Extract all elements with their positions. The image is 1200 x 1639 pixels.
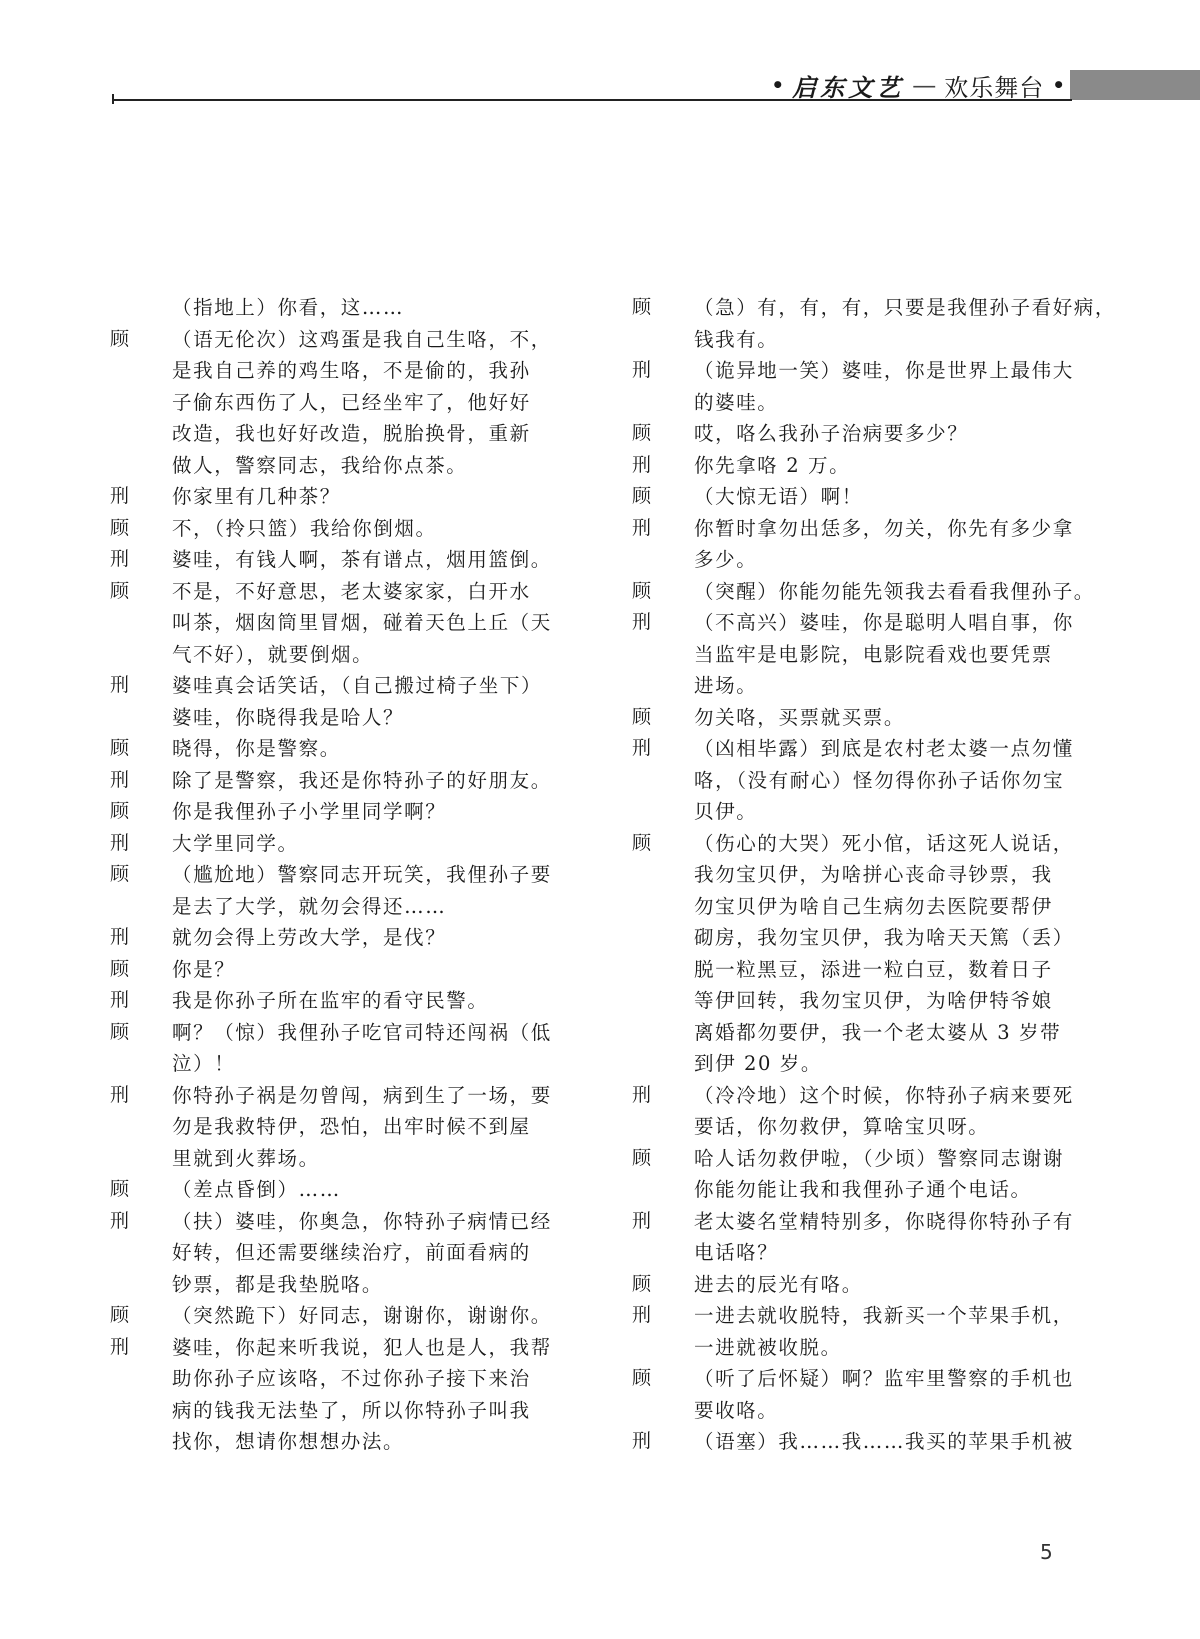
dialogue-text: （听了后怀疑）啊？监牢里警察的手机也 <box>694 1363 1074 1395</box>
dialogue-text: 婆哇，你起来听我说，犯人也是人，我帮 <box>172 1332 552 1364</box>
dialogue-text: 啊？（惊）我俚孙子吃官司特还闯祸（低 <box>172 1017 552 1049</box>
speaker-label: 刑 <box>632 1206 694 1238</box>
dialogue-entry: 顾 不是，不好意思，老太婆家家，白开水叫茶，烟囱筒里冒烟，碰着天色上丘（天气不好… <box>110 576 560 671</box>
dialogue-line: 到伊 20 岁。 <box>632 1048 1082 1080</box>
dialogue-entry: 刑婆哇真会话笑话，（自己搬过椅子坐下）婆哇，你晓得我是哈人？ <box>110 670 560 733</box>
dialogue-text: 要收咯。 <box>694 1395 778 1427</box>
dialogue-line: 刑婆哇真会话笑话，（自己搬过椅子坐下） <box>110 670 560 702</box>
speaker-label: 顾 <box>632 1269 694 1301</box>
dialogue-line: 刑（不高兴）婆哇，你是聪明人唱自事，你 <box>632 607 1082 639</box>
dialogue-text: 离婚都勿要伊，我一个老太婆从 3 岁带 <box>694 1017 1061 1049</box>
dialogue-line: 刑就勿会得上劳改大学，是伐？ <box>110 922 560 954</box>
dialogue-entry: 刑你特孙子祸是勿曾闯，病到生了一场，要勿是我救特伊，恐怕，出牢时候不到屋里就到火… <box>110 1080 560 1175</box>
speaker-label: 顾 <box>632 292 694 324</box>
dialogue-text: 助你孙子应该咯，不过你孙子接下来治 <box>172 1363 531 1395</box>
dialogue-line: 顾（伤心的大哭）死小倌，话这死人说话， <box>632 828 1082 860</box>
dialogue-line: 是去了大学，就勿会得还…… <box>110 891 560 923</box>
speaker-label: 顾 <box>632 828 694 860</box>
dialogue-line: 顾哎，咯么我孙子治病要多少？ <box>632 418 1082 450</box>
dialogue-text: 你暂时拿勿出恁多，勿关，你先有多少拿 <box>694 513 1074 545</box>
dialogue-entry: 刑除了是警察，我还是你特孙子的好朋友。 <box>110 765 560 797</box>
dialogue-entry: 刑老太婆名堂精特别多，你晓得你特孙子有电话咯？ <box>632 1206 1082 1269</box>
dialogue-line: 刑（语塞）我……我……我买的苹果手机被 <box>632 1426 1082 1458</box>
dialogue-line: 进场。 <box>632 670 1082 702</box>
dialogue-text: 除了是警察，我还是你特孙子的好朋友。 <box>172 765 552 797</box>
speaker-label: 刑 <box>110 670 172 702</box>
dialogue-text: 进去的辰光有咯。 <box>694 1269 863 1301</box>
dialogue-entry: 顾晓得，你是警察。 <box>110 733 560 765</box>
dialogue-text: （伤心的大哭）死小倌，话这死人说话， <box>694 828 1074 860</box>
dialogue-text: 大学里同学。 <box>172 828 299 860</box>
dialogue-text: 勿宝贝伊为啥自己生病勿去医院要帮伊 <box>694 891 1053 923</box>
dialogue-text: 一进去就收脱特，我新买一个苹果手机， <box>694 1300 1074 1332</box>
dialogue-text: 是去了大学，就勿会得还…… <box>172 891 446 923</box>
speaker-label: 刑 <box>110 481 172 513</box>
dialogue-line: 病的钱我无法垫了，所以你特孙子叫我 <box>110 1395 560 1427</box>
dialogue-text: 气不好），就要倒烟。 <box>172 639 373 671</box>
dialogue-text: 是我自己养的鸡生咯，不是偷的，我孙 <box>172 355 531 387</box>
speaker-label: 顾 <box>632 418 694 450</box>
dialogue-entry: 顾（语无伦次）这鸡蛋是我自己生咯，不，是我自己养的鸡生咯，不是偷的，我孙子偷东西… <box>110 324 560 482</box>
dialogue-line: 顾进去的辰光有咯。 <box>632 1269 1082 1301</box>
dialogue-line: 脱一粒黑豆，添进一粒白豆，数着日子 <box>632 954 1082 986</box>
dialogue-text: 晓得，你是警察。 <box>172 733 341 765</box>
dialogue-text: 钱我有。 <box>694 324 778 356</box>
speaker-label: 刑 <box>632 1300 694 1332</box>
dialogue-entry: 顾你是我俚孙子小学里同学啊？ <box>110 796 560 828</box>
speaker-label <box>632 1017 694 1049</box>
dialogue-text: 多少。 <box>694 544 757 576</box>
dialogue-text: （不高兴）婆哇，你是聪明人唱自事，你 <box>694 607 1074 639</box>
dialogue-line: 是我自己养的鸡生咯，不是偷的，我孙 <box>110 355 560 387</box>
dialogue-line: 顾（差点昏倒）…… <box>110 1174 560 1206</box>
speaker-label <box>632 639 694 671</box>
dialogue-line: 要收咯。 <box>632 1395 1082 1427</box>
dialogue-text: 你是？ <box>172 954 235 986</box>
dialogue-text: 老太婆名堂精特别多，你晓得你特孙子有 <box>694 1206 1074 1238</box>
dialogue-text: 病的钱我无法垫了，所以你特孙子叫我 <box>172 1395 531 1427</box>
dialogue-line: 多少。 <box>632 544 1082 576</box>
dialogue-text: 好转，但还需要继续治疗，前面看病的 <box>172 1237 531 1269</box>
speaker-label <box>632 954 694 986</box>
speaker-label: 顾 <box>110 513 172 545</box>
dialogue-entry: 刑（冷冷地）这个时候，你特孙子病来要死要话，你勿救伊，算啥宝贝呀。 <box>632 1080 1082 1143</box>
dialogue-text: 你特孙子祸是勿曾闯，病到生了一场，要 <box>172 1080 552 1112</box>
speaker-label: 刑 <box>632 513 694 545</box>
dialogue-text: 叫茶，烟囱筒里冒烟，碰着天色上丘（天 <box>172 607 552 639</box>
dialogue-line: 离婚都勿要伊，我一个老太婆从 3 岁带 <box>632 1017 1082 1049</box>
speaker-label <box>110 1111 172 1143</box>
speaker-label <box>110 607 172 639</box>
speaker-label: 刑 <box>632 1426 694 1458</box>
dialogue-line: 顾晓得，你是警察。 <box>110 733 560 765</box>
dialogue-text: （凶相毕露）到底是农村老太婆一点勿懂 <box>694 733 1074 765</box>
dialogue-line: 顾你是我俚孙子小学里同学啊？ <box>110 796 560 828</box>
dialogue-entry: 刑你家里有几种茶？ <box>110 481 560 513</box>
speaker-label <box>110 702 172 734</box>
header-rule <box>112 99 1072 101</box>
dialogue-text: 婆哇，你晓得我是哈人？ <box>172 702 404 734</box>
dialogue-entry: 刑 一进去就收脱特，我新买一个苹果手机，一进就被收脱。 <box>632 1300 1082 1363</box>
dialogue-text: 婆哇真会话笑话，（自己搬过椅子坐下） <box>172 670 542 702</box>
dialogue-entry: 顾 哈人话勿救伊啦，（少顷）警察同志谢谢你能勿能让我和我俚孙子通个电话。 <box>632 1143 1082 1206</box>
dialogue-line: 贝伊。 <box>632 796 1082 828</box>
dialogue-entry: 刑（语塞）我……我……我买的苹果手机被 <box>632 1426 1082 1458</box>
dialogue-text: 到伊 20 岁。 <box>694 1048 822 1080</box>
dialogue-entry: 刑婆哇，你起来听我说，犯人也是人，我帮助你孙子应该咯，不过你孙子接下来治病的钱我… <box>110 1332 560 1458</box>
dialogue-entry: 顾（尴尬地）警察同志开玩笑，我俚孙子要是去了大学，就勿会得还…… <box>110 859 560 922</box>
speaker-label <box>632 1237 694 1269</box>
dialogue-text: 勿是我救特伊，恐怕，出牢时候不到屋 <box>172 1111 531 1143</box>
speaker-label: 刑 <box>632 733 694 765</box>
speaker-label: 顾 <box>110 576 172 608</box>
speaker-label <box>632 1395 694 1427</box>
dialogue-line: 刑（凶相毕露）到底是农村老太婆一点勿懂 <box>632 733 1082 765</box>
dialogue-text: 要话，你勿救伊，算啥宝贝呀。 <box>694 1111 989 1143</box>
dialogue-line: 等伊回转，我勿宝贝伊，为啥伊特爷娘 <box>632 985 1082 1017</box>
dialogue-line: 一进就被收脱。 <box>632 1332 1082 1364</box>
dialogue-text: 找你，想请你想想办法。 <box>172 1426 404 1458</box>
dialogue-entry: 刑大学里同学。 <box>110 828 560 860</box>
dialogue-entry: 刑（诡异地一笑）婆哇，你是世界上最伟大的婆哇。 <box>632 355 1082 418</box>
dialogue-text: 的婆哇。 <box>694 387 778 419</box>
speaker-label <box>110 450 172 482</box>
dialogue-line: 刑你特孙子祸是勿曾闯，病到生了一场，要 <box>110 1080 560 1112</box>
dialogue-text: 泣）！ <box>172 1048 235 1080</box>
speaker-label <box>632 859 694 891</box>
speaker-label: 刑 <box>110 922 172 954</box>
dialogue-line: 你能勿能让我和我俚孙子通个电话。 <box>632 1174 1082 1206</box>
speaker-label <box>632 1174 694 1206</box>
dialogue-text: 哎，咯么我孙子治病要多少？ <box>694 418 968 450</box>
dialogue-entry: 刑（扶）婆哇，你奥急，你特孙子病情已经好转，但还需要继续治疗，前面看病的钞票，都… <box>110 1206 560 1301</box>
speaker-label: 顾 <box>632 576 694 608</box>
speaker-label: 顾 <box>110 1174 172 1206</box>
right-column: 顾（急）有，有，有，只要是我俚孙子看好病，钱我有。刑（诡异地一笑）婆哇，你是世界… <box>632 292 1082 1458</box>
dialogue-line: 刑（诡异地一笑）婆哇，你是世界上最伟大 <box>632 355 1082 387</box>
dialogue-line: 顾（听了后怀疑）啊？监牢里警察的手机也 <box>632 1363 1082 1395</box>
dialogue-line: 的婆哇。 <box>632 387 1082 419</box>
dialogue-entry: 顾进去的辰光有咯。 <box>632 1269 1082 1301</box>
dialogue-entry: 顾（大惊无语）啊！ <box>632 481 1082 513</box>
speaker-label: 顾 <box>632 1143 694 1175</box>
dialogue-line: 钞票，都是我垫脱咯。 <box>110 1269 560 1301</box>
dialogue-text: （尴尬地）警察同志开玩笑，我俚孙子要 <box>172 859 552 891</box>
page-number: 5 <box>1040 1540 1053 1564</box>
speaker-label <box>110 891 172 923</box>
dialogue-line: 叫茶，烟囱筒里冒烟，碰着天色上丘（天 <box>110 607 560 639</box>
speaker-label: 刑 <box>110 1206 172 1238</box>
speaker-label: 刑 <box>632 1080 694 1112</box>
dialogue-text: 就勿会得上劳改大学，是伐？ <box>172 922 446 954</box>
speaker-label: 刑 <box>632 450 694 482</box>
dialogue-text: （突醒）你能勿能先领我去看看我俚孙子。 <box>694 576 1095 608</box>
dialogue-text: 钞票，都是我垫脱咯。 <box>172 1269 383 1301</box>
dialogue-line: 刑你暂时拿勿出恁多，勿关，你先有多少拿 <box>632 513 1082 545</box>
speaker-label: 顾 <box>110 324 172 356</box>
dialogue-line: 砌房，我勿宝贝伊，我为啥天天篤（丢） <box>632 922 1082 954</box>
dialogue-entry: 顾哎，咯么我孙子治病要多少？ <box>632 418 1082 450</box>
speaker-label <box>110 639 172 671</box>
speaker-label: 顾 <box>110 1300 172 1332</box>
dialogue-entry: 刑（凶相毕露）到底是农村老太婆一点勿懂咯，（没有耐心）怪勿得你孙子话你勿宝贝伊。 <box>632 733 1082 828</box>
speaker-label: 刑 <box>632 355 694 387</box>
dialogue-text: 等伊回转，我勿宝贝伊，为啥伊特爷娘 <box>694 985 1053 1017</box>
dialogue-line: 咯，（没有耐心）怪勿得你孙子话你勿宝 <box>632 765 1082 797</box>
dialogue-entry: 顾（差点昏倒）…… <box>110 1174 560 1206</box>
speaker-label <box>632 387 694 419</box>
speaker-label <box>110 292 172 324</box>
dialogue-text: 做人，警察同志，我给你点茶。 <box>172 450 467 482</box>
dialogue-line: 刑大学里同学。 <box>110 828 560 860</box>
dialogue-text: （急）有，有，有，只要是我俚孙子看好病， <box>694 292 1116 324</box>
dialogue-text: 进场。 <box>694 670 757 702</box>
speaker-label: 顾 <box>110 733 172 765</box>
dialogue-line: 顾（突然跪下）好同志，谢谢你，谢谢你。 <box>110 1300 560 1332</box>
dialogue-text: （大惊无语）啊！ <box>694 481 863 513</box>
dialogue-entry: 顾不，（拎只篮）我给你倒烟。 <box>110 513 560 545</box>
speaker-label <box>110 1426 172 1458</box>
header-bullet-right: • <box>1052 73 1065 97</box>
dialogue-line: 助你孙子应该咯，不过你孙子接下来治 <box>110 1363 560 1395</box>
dialogue-text: 砌房，我勿宝贝伊，我为啥天天篤（丢） <box>694 922 1074 954</box>
dialogue-entry: 顾（伤心的大哭）死小倌，话这死人说话，我勿宝贝伊，为啥拼心丧命寻钞票，我勿宝贝伊… <box>632 828 1082 1080</box>
dialogue-text: （语塞）我……我……我买的苹果手机被 <box>694 1426 1074 1458</box>
speaker-label: 顾 <box>110 1017 172 1049</box>
speaker-label <box>632 670 694 702</box>
speaker-label: 顾 <box>110 954 172 986</box>
speaker-label: 刑 <box>110 765 172 797</box>
speaker-label <box>110 1048 172 1080</box>
dialogue-text: 你能勿能让我和我俚孙子通个电话。 <box>694 1174 1032 1206</box>
speaker-label: 刑 <box>110 1080 172 1112</box>
dialogue-text: 一进就被收脱。 <box>694 1332 842 1364</box>
dialogue-line: 刑 一进去就收脱特，我新买一个苹果手机， <box>632 1300 1082 1332</box>
dialogue-line: 做人，警察同志，我给你点茶。 <box>110 450 560 482</box>
dialogue-text: 不是，不好意思，老太婆家家，白开水 <box>172 576 531 608</box>
dialogue-entry: （指地上）你看，这…… <box>110 292 560 324</box>
dialogue-entry: 顾（突然跪下）好同志，谢谢你，谢谢你。 <box>110 1300 560 1332</box>
dialogue-text: （冷冷地）这个时候，你特孙子病来要死 <box>694 1080 1074 1112</box>
dialogue-text: 脱一粒黑豆，添进一粒白豆，数着日子 <box>694 954 1053 986</box>
dialogue-line: 婆哇，你晓得我是哈人？ <box>110 702 560 734</box>
dialogue-text: 里就到火葬场。 <box>172 1143 320 1175</box>
dialogue-text: 子偷东西伤了人，已经坐牢了，他好好 <box>172 387 531 419</box>
dialogue-text: 哈人话勿救伊啦，（少顷）警察同志谢谢 <box>694 1143 1064 1175</box>
dialogue-text: 你家里有几种茶？ <box>172 481 341 513</box>
dialogue-line: 刑婆哇，你起来听我说，犯人也是人，我帮 <box>110 1332 560 1364</box>
speaker-label <box>632 922 694 954</box>
dialogue-line: 刑（扶）婆哇，你奥急，你特孙子病情已经 <box>110 1206 560 1238</box>
dialogue-line: 顾（突醒）你能勿能先领我去看看我俚孙子。 <box>632 576 1082 608</box>
speaker-label: 顾 <box>110 859 172 891</box>
dialogue-text: （突然跪下）好同志，谢谢你，谢谢你。 <box>172 1300 552 1332</box>
speaker-label <box>110 418 172 450</box>
dialogue-text: （差点昏倒）…… <box>172 1174 341 1206</box>
dialogue-line: 刑你家里有几种茶？ <box>110 481 560 513</box>
dialogue-line: 刑除了是警察，我还是你特孙子的好朋友。 <box>110 765 560 797</box>
speaker-label <box>632 1332 694 1364</box>
speaker-label <box>632 324 694 356</box>
dialogue-text: 勿关咯，买票就买票。 <box>694 702 905 734</box>
dialogue-line: 要话，你勿救伊，算啥宝贝呀。 <box>632 1111 1082 1143</box>
dialogue-text: 当监牢是电影院，电影院看戏也要凭票 <box>694 639 1053 671</box>
dialogue-line: 子偷东西伤了人，已经坐牢了，他好好 <box>110 387 560 419</box>
dialogue-entry: 顾你是？ <box>110 954 560 986</box>
dialogue-text: 不，（拎只篮）我给你倒烟。 <box>172 513 437 545</box>
dialogue-text: 咯，（没有耐心）怪勿得你孙子话你勿宝 <box>694 765 1064 797</box>
dialogue-line: 钱我有。 <box>632 324 1082 356</box>
speaker-label <box>110 1143 172 1175</box>
dialogue-line: 顾勿关咯，买票就买票。 <box>632 702 1082 734</box>
left-column: （指地上）你看，这……顾（语无伦次）这鸡蛋是我自己生咯，不，是我自己养的鸡生咯，… <box>110 292 560 1458</box>
dialogue-line: 电话咯？ <box>632 1237 1082 1269</box>
speaker-label <box>632 765 694 797</box>
dialogue-line: 顾你是？ <box>110 954 560 986</box>
dialogue-line: 泣）！ <box>110 1048 560 1080</box>
dialogue-entry: 顾勿关咯，买票就买票。 <box>632 702 1082 734</box>
dialogue-entry: 刑（不高兴）婆哇，你是聪明人唱自事，你当监牢是电影院，电影院看戏也要凭票进场。 <box>632 607 1082 702</box>
dialogue-line: 刑我是你孙子所在监牢的看守民警。 <box>110 985 560 1017</box>
dialogue-text: 婆哇，有钱人啊，茶有谱点，烟用篮倒。 <box>172 544 552 576</box>
dialogue-line: 我勿宝贝伊，为啥拼心丧命寻钞票，我 <box>632 859 1082 891</box>
speaker-label <box>110 387 172 419</box>
dialogue-line: 改造，我也好好改造，脱胎换骨，重新 <box>110 418 560 450</box>
speaker-label: 刑 <box>110 828 172 860</box>
dialogue-entry: 刑就勿会得上劳改大学，是伐？ <box>110 922 560 954</box>
speaker-label <box>110 1237 172 1269</box>
dialogue-line: 勿是我救特伊，恐怕，出牢时候不到屋 <box>110 1111 560 1143</box>
dialogue-line: 找你，想请你想想办法。 <box>110 1426 560 1458</box>
dialogue-text: （指地上）你看，这…… <box>172 292 404 324</box>
dialogue-line: 刑老太婆名堂精特别多，你晓得你特孙子有 <box>632 1206 1082 1238</box>
dialogue-entry: 顾（突醒）你能勿能先领我去看看我俚孙子。 <box>632 576 1082 608</box>
speaker-label <box>632 1048 694 1080</box>
speaker-label: 刑 <box>110 1332 172 1364</box>
speaker-label: 顾 <box>110 796 172 828</box>
dialogue-line: 顾啊？（惊）我俚孙子吃官司特还闯祸（低 <box>110 1017 560 1049</box>
dialogue-line: 顾（尴尬地）警察同志开玩笑，我俚孙子要 <box>110 859 560 891</box>
speaker-label: 顾 <box>632 1363 694 1395</box>
speaker-label <box>632 544 694 576</box>
dialogue-line: 气不好），就要倒烟。 <box>110 639 560 671</box>
dialogue-text: 电话咯？ <box>694 1237 778 1269</box>
dialogue-entry: 刑婆哇，有钱人啊，茶有谱点，烟用篮倒。 <box>110 544 560 576</box>
dialogue-text: 你是我俚孙子小学里同学啊？ <box>172 796 446 828</box>
header-bullet-left: • <box>771 73 784 97</box>
speaker-label: 顾 <box>632 481 694 513</box>
dialogue-line: 里就到火葬场。 <box>110 1143 560 1175</box>
dialogue-line: 顾不，（拎只篮）我给你倒烟。 <box>110 513 560 545</box>
dialogue-text: 改造，我也好好改造，脱胎换骨，重新 <box>172 418 531 450</box>
speaker-label <box>632 985 694 1017</box>
speaker-label <box>110 1363 172 1395</box>
speaker-label: 刑 <box>110 985 172 1017</box>
speaker-label: 刑 <box>632 607 694 639</box>
speaker-label: 顾 <box>632 702 694 734</box>
dialogue-entry: 顾（急）有，有，有，只要是我俚孙子看好病，钱我有。 <box>632 292 1082 355</box>
dialogue-entry: 刑你暂时拿勿出恁多，勿关，你先有多少拿多少。 <box>632 513 1082 576</box>
dialogue-entry: 顾（听了后怀疑）啊？监牢里警察的手机也要收咯。 <box>632 1363 1082 1426</box>
dialogue-text: （语无伦次）这鸡蛋是我自己生咯，不， <box>172 324 552 356</box>
dialogue-line: 顾（语无伦次）这鸡蛋是我自己生咯，不， <box>110 324 560 356</box>
dialogue-text: 我勿宝贝伊，为啥拼心丧命寻钞票，我 <box>694 859 1053 891</box>
speaker-label <box>110 1395 172 1427</box>
dialogue-line: 好转，但还需要继续治疗，前面看病的 <box>110 1237 560 1269</box>
dialogue-line: 顾 哈人话勿救伊啦，（少顷）警察同志谢谢 <box>632 1143 1082 1175</box>
magazine-name: 启东文艺 <box>792 68 904 103</box>
speaker-label <box>632 1111 694 1143</box>
dialogue-text: （扶）婆哇，你奥急，你特孙子病情已经 <box>172 1206 552 1238</box>
dialogue-line: 当监牢是电影院，电影院看戏也要凭票 <box>632 639 1082 671</box>
speaker-label <box>110 355 172 387</box>
dialogue-line: 顾（大惊无语）啊！ <box>632 481 1082 513</box>
header-gray-block <box>1070 70 1200 100</box>
dialogue-line: 刑（冷冷地）这个时候，你特孙子病来要死 <box>632 1080 1082 1112</box>
header-separator: — <box>912 71 936 99</box>
dialogue-entry: 顾啊？（惊）我俚孙子吃官司特还闯祸（低泣）！ <box>110 1017 560 1080</box>
dialogue-text: 贝伊。 <box>694 796 757 828</box>
section-name: 欢乐舞台 <box>944 68 1044 103</box>
dialogue-line: 顾（急）有，有，有，只要是我俚孙子看好病， <box>632 292 1082 324</box>
dialogue-text: 你先拿咯 2 万。 <box>694 450 850 482</box>
dialogue-line: 勿宝贝伊为啥自己生病勿去医院要帮伊 <box>632 891 1082 923</box>
header-title: • 启东文艺—欢乐舞台 • <box>780 70 1065 100</box>
dialogue-line: 刑你先拿咯 2 万。 <box>632 450 1082 482</box>
dialogue-line: 刑婆哇，有钱人啊，茶有谱点，烟用篮倒。 <box>110 544 560 576</box>
speaker-label <box>632 891 694 923</box>
dialogue-entry: 刑你先拿咯 2 万。 <box>632 450 1082 482</box>
dialogue-line: （指地上）你看，这…… <box>110 292 560 324</box>
dialogue-line: 顾 不是，不好意思，老太婆家家，白开水 <box>110 576 560 608</box>
dialogue-entry: 刑我是你孙子所在监牢的看守民警。 <box>110 985 560 1017</box>
dialogue-text: 我是你孙子所在监牢的看守民警。 <box>172 985 489 1017</box>
dialogue-text: （诡异地一笑）婆哇，你是世界上最伟大 <box>694 355 1074 387</box>
speaker-label <box>110 1269 172 1301</box>
speaker-label <box>632 796 694 828</box>
speaker-label: 刑 <box>110 544 172 576</box>
